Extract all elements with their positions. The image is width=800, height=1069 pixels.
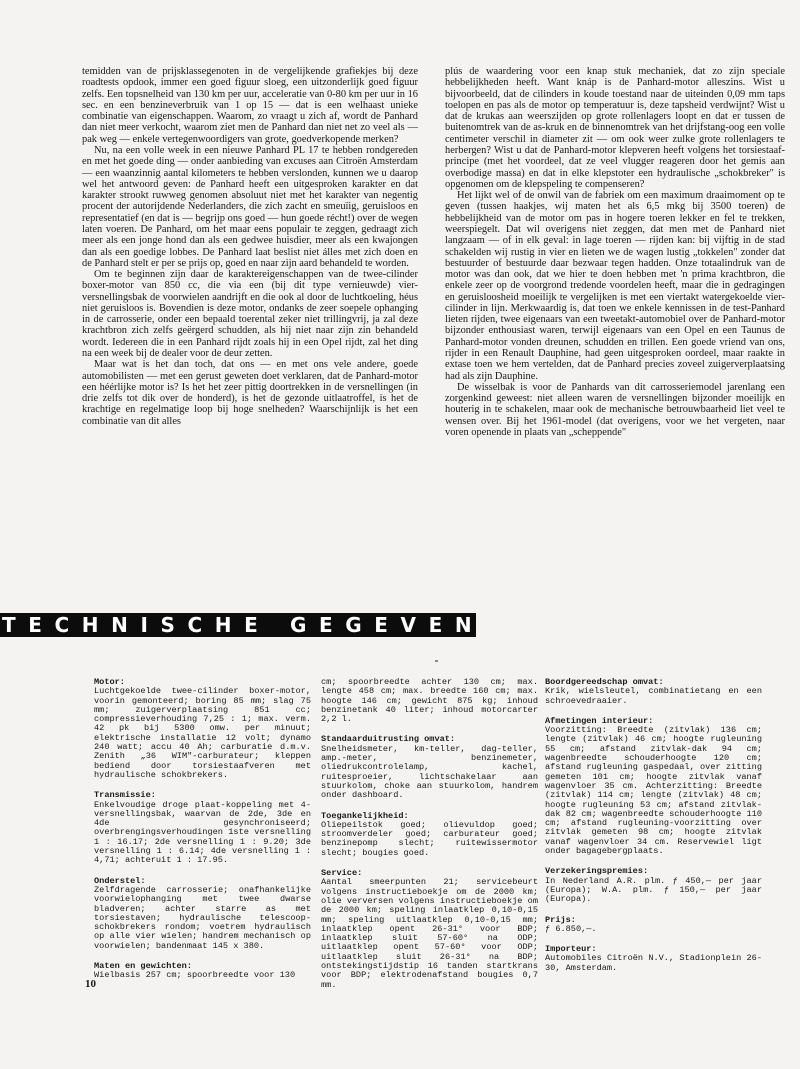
paragraph: Het lijkt wel of de onwil van de fabriek…	[445, 190, 785, 382]
paragraph: temidden van de prijsklassegenoten in de…	[82, 66, 418, 145]
spec-body: Luchtgekoelde twee-cilinder boxer-motor,…	[94, 687, 311, 780]
spec-toegankelijkheid: Toegankelijkheid: Oliepeilstok goed; oli…	[321, 812, 538, 858]
spec-body: Krik, wielsleutel, combinatietang en een…	[545, 687, 762, 706]
spec-standaarduitrusting: Standaarduitrusting omvat: Snelheidsmete…	[321, 735, 538, 800]
spec-boordgereedschap: Boordgereedschap omvat: Krik, wielsleute…	[545, 678, 762, 706]
paragraph: Maar wat is het dan toch, dat ons — en m…	[82, 359, 418, 427]
spec-body: Aantal smeerpunten 21; servicebeurt volg…	[321, 878, 538, 990]
spec-body: cm; spoorbreedte achter 130 cm; max. len…	[321, 678, 538, 724]
spec-column-2: cm; spoorbreedte achter 130 cm; max. len…	[321, 678, 538, 1001]
spec-body: Enkelvoudige droge plaat-koppeling met 4…	[94, 801, 311, 866]
article-column-right: plús de waardering voor een knap stuk me…	[445, 66, 785, 438]
spec-maten-gewichten: Maten en gewichten: Wielbasis 257 cm; sp…	[94, 962, 311, 981]
paragraph: De wisselbak is voor de Panhards van dit…	[445, 382, 785, 438]
spec-body: In Nederland A.R. plm. ƒ 450,— per jaar …	[545, 877, 762, 905]
spec-column-1: Motor: Luchtgekoelde twee-cilinder boxer…	[94, 678, 311, 992]
paragraph: plús de waardering voor een knap stuk me…	[445, 66, 785, 190]
spec-body: Snelheidsmeter, km-teller, dag-teller, a…	[321, 745, 538, 801]
paragraph: Om te beginnen zijn daar de karaktereige…	[82, 269, 418, 359]
spec-importeur: Importeur: Automobiles Citroën N.V., Sta…	[545, 945, 762, 973]
spec-body: Zelfdragende carrosserie; onafhankelijke…	[94, 886, 311, 951]
spec-body: Automobiles Citroën N.V., Stadionplein 2…	[545, 954, 762, 973]
spec-motor: Motor: Luchtgekoelde twee-cilinder boxer…	[94, 678, 311, 780]
spec-maten-vervolg: cm; spoorbreedte achter 130 cm; max. len…	[321, 678, 538, 724]
article-column-left: temidden van de prijsklassegenoten in de…	[82, 66, 418, 427]
spec-onderstel: Onderstel: Zelfdragende carrosserie; ona…	[94, 877, 311, 951]
spec-body: Wielbasis 257 cm; spoorbreedte voor 130	[94, 971, 311, 980]
spec-body: Voorzitting: Breedte (zitvlak) 136 cm; l…	[545, 726, 762, 856]
spec-verzekeringspremies: Verzekeringspremies: In Nederland A.R. p…	[545, 867, 762, 904]
page-number: 10	[85, 978, 96, 990]
spec-body: Oliepeilstok goed; olievuldop goed; stro…	[321, 821, 538, 858]
print-speck	[435, 660, 438, 662]
section-heading: TECHNISCHE GEGEVENS	[0, 613, 476, 637]
spec-service: Service: Aantal smeerpunten 21; serviceb…	[321, 869, 538, 990]
spec-column-3: Boordgereedschap omvat: Krik, wielsleute…	[545, 678, 762, 984]
spec-transmissie: Transmissie: Enkelvoudige droge plaat-ko…	[94, 791, 311, 865]
spec-body: ƒ 6.850,—.	[545, 925, 762, 934]
paragraph: Nu, na een volle week in een nieuwe Panh…	[82, 145, 418, 269]
spec-prijs: Prijs: ƒ 6.850,—.	[545, 916, 762, 935]
spec-afmetingen-interieur: Afmetingen interieur: Voorzitting: Breed…	[545, 717, 762, 856]
